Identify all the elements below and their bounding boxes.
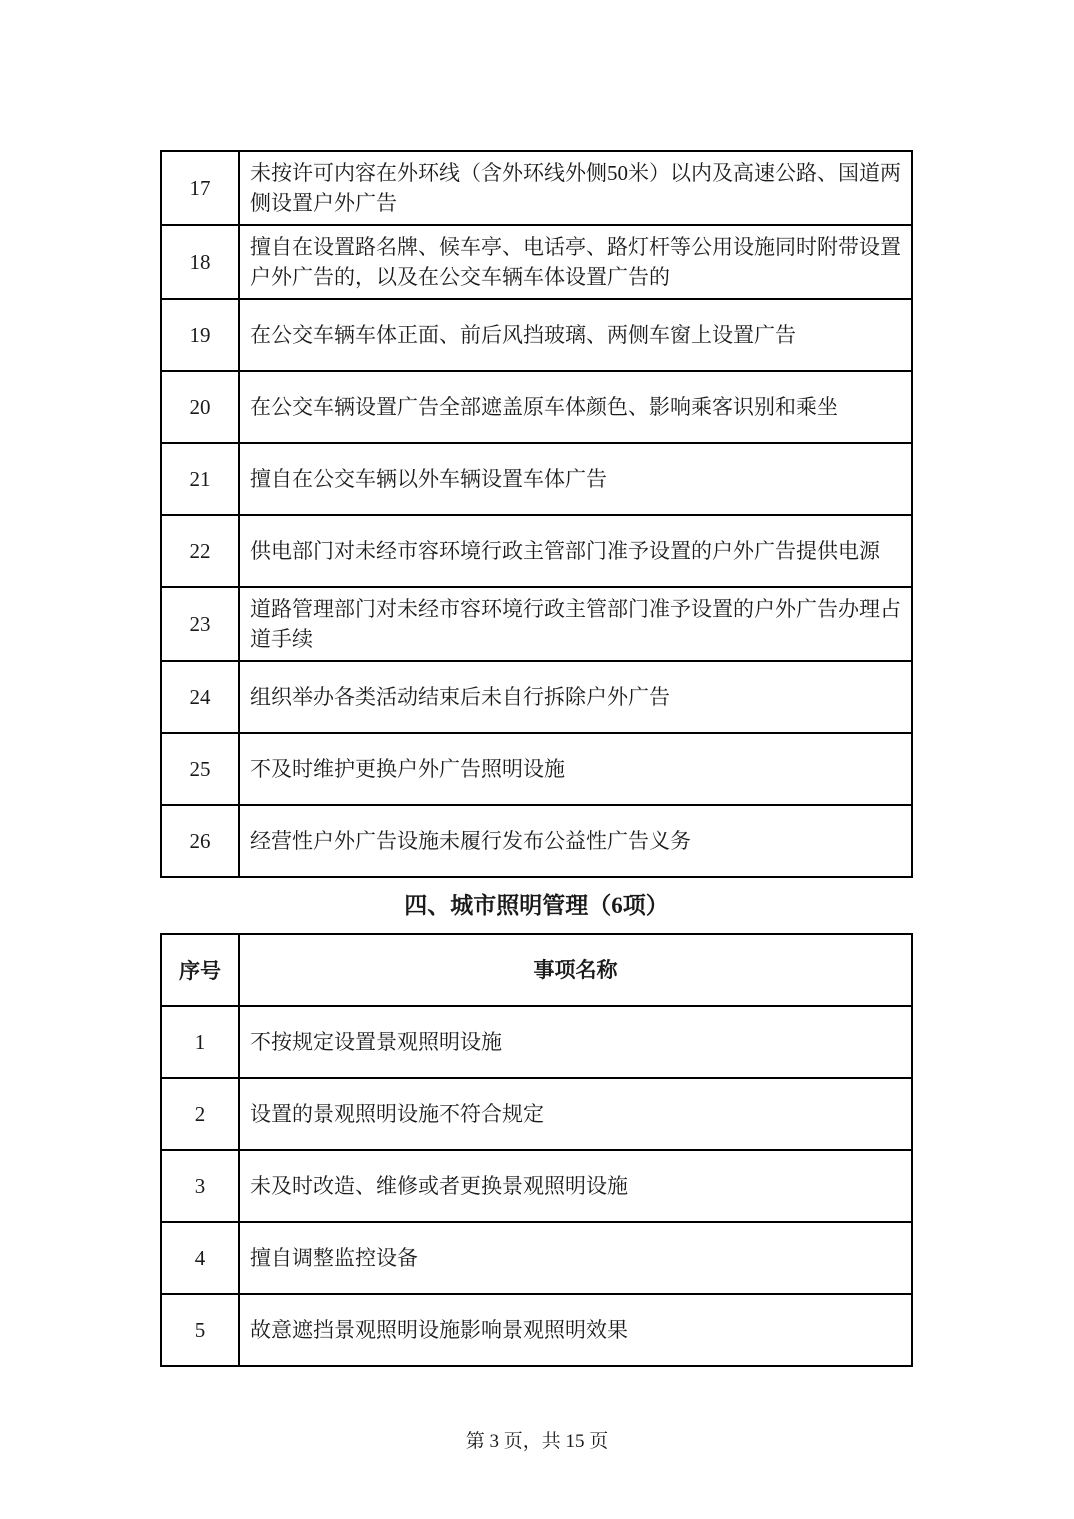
table-row: 26 经营性户外广告设施未履行发布公益性广告义务: [162, 804, 911, 876]
header-cell-number: 序号: [162, 935, 240, 1005]
header-cell-item-name: 事项名称: [240, 935, 911, 1005]
row-item-cell: 设置的景观照明设施不符合规定: [240, 1079, 911, 1149]
row-number-cell: 25: [162, 734, 240, 804]
row-number-cell: 3: [162, 1151, 240, 1221]
table-row: 5 故意遮挡景观照明设施影响景观照明效果: [162, 1293, 911, 1365]
row-item-cell: 擅自在设置路名牌、候车亭、电话亭、路灯杆等公用设施同时附带设置户外广告的，以及在…: [240, 226, 911, 298]
row-item-cell: 经营性户外广告设施未履行发布公益性广告义务: [240, 806, 911, 876]
table-row: 3 未及时改造、维修或者更换景观照明设施: [162, 1149, 911, 1221]
row-number-cell: 23: [162, 588, 240, 660]
row-number-cell: 1: [162, 1007, 240, 1077]
row-item-cell: 不及时维护更换户外广告照明设施: [240, 734, 911, 804]
table-row: 22 供电部门对未经市容环境行政主管部门准予设置的户外广告提供电源: [162, 514, 911, 586]
row-item-cell: 擅自调整监控设备: [240, 1223, 911, 1293]
row-item-cell: 故意遮挡景观照明设施影响景观照明效果: [240, 1295, 911, 1365]
row-number-cell: 26: [162, 806, 240, 876]
row-number-cell: 24: [162, 662, 240, 732]
row-item-cell: 在公交车辆车体正面、前后风挡玻璃、两侧车窗上设置广告: [240, 300, 911, 370]
row-number-cell: 2: [162, 1079, 240, 1149]
row-item-cell: 道路管理部门对未经市容环境行政主管部门准予设置的户外广告办理占道手续: [240, 588, 911, 660]
table-row: 18 擅自在设置路名牌、候车亭、电话亭、路灯杆等公用设施同时附带设置户外广告的，…: [162, 224, 911, 298]
row-item-cell: 未及时改造、维修或者更换景观照明设施: [240, 1151, 911, 1221]
row-item-cell: 组织举办各类活动结束后未自行拆除户外广告: [240, 662, 911, 732]
table-row: 1 不按规定设置景观照明设施: [162, 1005, 911, 1077]
outdoor-advertising-items-table: 17 未按许可内容在外环线（含外环线外侧50米）以内及高速公路、国道两侧设置户外…: [160, 150, 913, 878]
row-number-cell: 17: [162, 152, 240, 224]
row-item-cell: 供电部门对未经市容环境行政主管部门准予设置的户外广告提供电源: [240, 516, 911, 586]
table-row: 25 不及时维护更换户外广告照明设施: [162, 732, 911, 804]
row-item-cell: 在公交车辆设置广告全部遮盖原车体颜色、影响乘客识别和乘坐: [240, 372, 911, 442]
table-row: 23 道路管理部门对未经市容环境行政主管部门准予设置的户外广告办理占道手续: [162, 586, 911, 660]
page-number-footer: 第 3 页，共 15 页: [0, 1426, 1074, 1453]
row-number-cell: 18: [162, 226, 240, 298]
row-item-cell: 不按规定设置景观照明设施: [240, 1007, 911, 1077]
row-number-cell: 20: [162, 372, 240, 442]
city-lighting-items-table: 序号 事项名称 1 不按规定设置景观照明设施 2 设置的景观照明设施不符合规定 …: [160, 933, 913, 1367]
table-row: 24 组织举办各类活动结束后未自行拆除户外广告: [162, 660, 911, 732]
table-row: 17 未按许可内容在外环线（含外环线外侧50米）以内及高速公路、国道两侧设置户外…: [162, 152, 911, 224]
table-row: 21 擅自在公交车辆以外车辆设置车体广告: [162, 442, 911, 514]
table-header-row: 序号 事项名称: [162, 935, 911, 1005]
row-number-cell: 19: [162, 300, 240, 370]
row-number-cell: 4: [162, 1223, 240, 1293]
table-row: 20 在公交车辆设置广告全部遮盖原车体颜色、影响乘客识别和乘坐: [162, 370, 911, 442]
section-title-city-lighting: 四、城市照明管理（6项）: [160, 891, 913, 920]
document-page-content: 17 未按许可内容在外环线（含外环线外侧50米）以内及高速公路、国道两侧设置户外…: [160, 150, 913, 1367]
table-row: 19 在公交车辆车体正面、前后风挡玻璃、两侧车窗上设置广告: [162, 298, 911, 370]
row-number-cell: 22: [162, 516, 240, 586]
table-row: 4 擅自调整监控设备: [162, 1221, 911, 1293]
row-number-cell: 21: [162, 444, 240, 514]
row-item-cell: 未按许可内容在外环线（含外环线外侧50米）以内及高速公路、国道两侧设置户外广告: [240, 152, 911, 224]
row-number-cell: 5: [162, 1295, 240, 1365]
row-item-cell: 擅自在公交车辆以外车辆设置车体广告: [240, 444, 911, 514]
table-row: 2 设置的景观照明设施不符合规定: [162, 1077, 911, 1149]
